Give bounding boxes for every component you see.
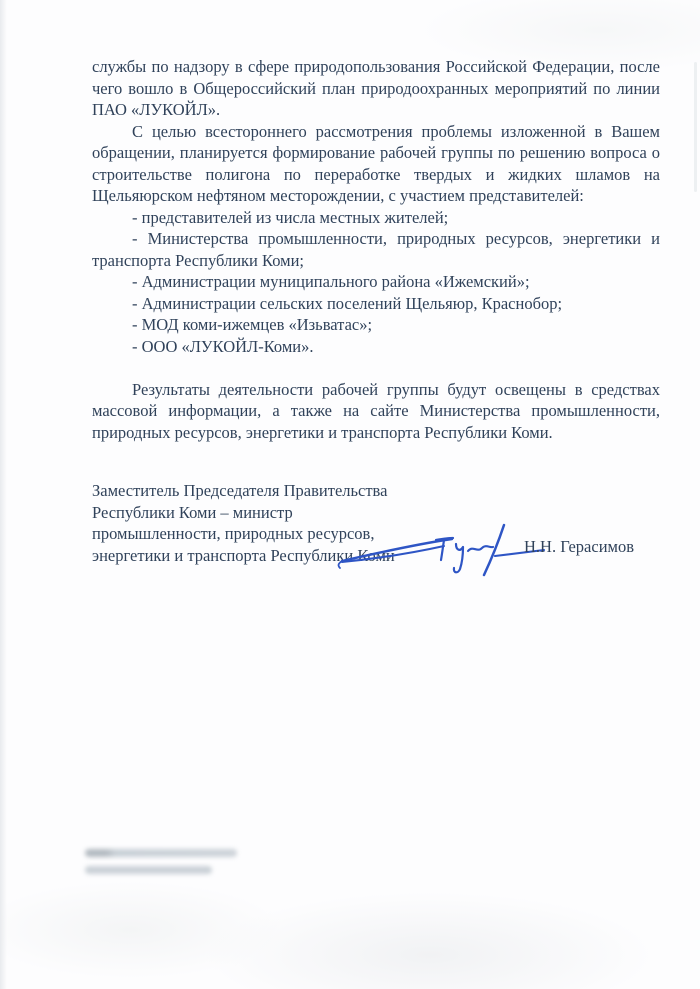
signer-name: Н.Н. Герасимов — [524, 536, 634, 558]
list-item: - Министерства промышленности, природных… — [92, 228, 660, 271]
blurred-footer-line — [85, 866, 212, 874]
list-item: - Администрации муниципального района «И… — [92, 271, 660, 293]
list-item: - представителей из числа местных жителе… — [92, 207, 660, 229]
list-item: - Администрации сельских поселений Щелья… — [92, 293, 660, 315]
blurred-footer-note — [85, 849, 237, 883]
body-paragraph: Результаты деятельности рабочей группы б… — [92, 379, 660, 444]
body-paragraph: службы по надзору в сфере природопользов… — [92, 56, 660, 121]
signer-title-line: Заместитель Председателя Правительства — [92, 480, 660, 502]
signature-block: Заместитель Председателя Правительства Р… — [92, 480, 660, 600]
document-page: службы по надзору в сфере природопользов… — [0, 0, 700, 989]
list-item: - ООО «ЛУКОЙЛ-Коми». — [92, 336, 660, 358]
body-paragraph: С целью всестороннего рассмотрения пробл… — [92, 121, 660, 207]
list-item: - МОД коми-ижемцев «Изьватас»; — [92, 314, 660, 336]
signer-title-line: Республики Коми – министр — [92, 502, 660, 524]
blurred-footer-line — [85, 849, 237, 857]
letter-body: службы по надзору в сфере природопользов… — [92, 56, 660, 600]
